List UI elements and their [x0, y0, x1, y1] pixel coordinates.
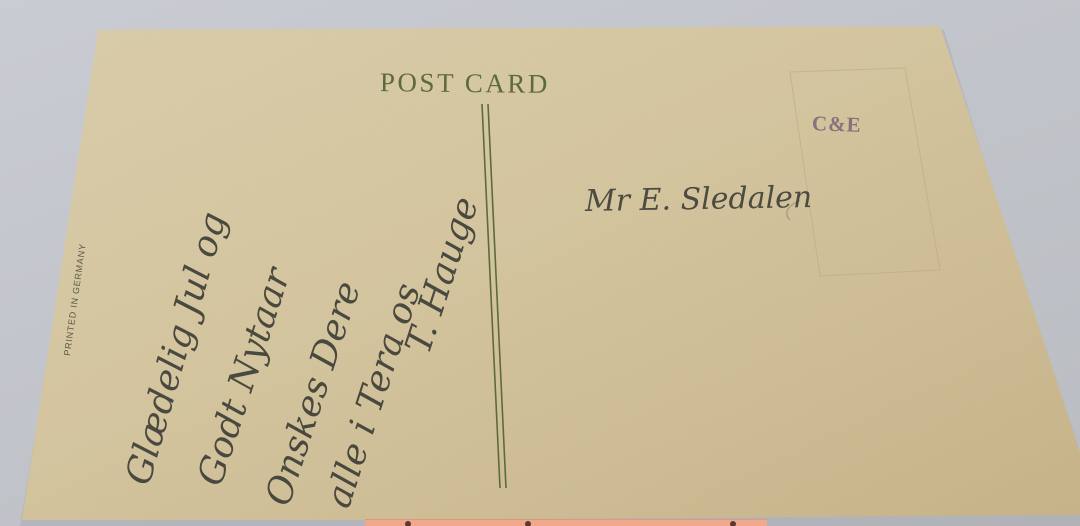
photo-scene: PRINTED IN GERMANY POST CARD C&E Mr E. S…	[0, 0, 1080, 526]
postcard: PRINTED IN GERMANY POST CARD C&E Mr E. S…	[0, 0, 1080, 526]
printed-in-germany-label: PRINTED IN GERMANY	[62, 243, 88, 357]
tag-mark	[525, 521, 531, 526]
tag-mark	[730, 521, 736, 526]
handwritten-signature: T. Hauge	[398, 192, 487, 359]
tag-mark	[405, 521, 411, 526]
stamp-box-mark: C&E	[812, 111, 863, 138]
handwritten-address: Mr E. Sledalen	[585, 180, 813, 219]
pink-tag-edge	[365, 519, 767, 526]
post-card-header: POST CARD	[380, 67, 550, 100]
